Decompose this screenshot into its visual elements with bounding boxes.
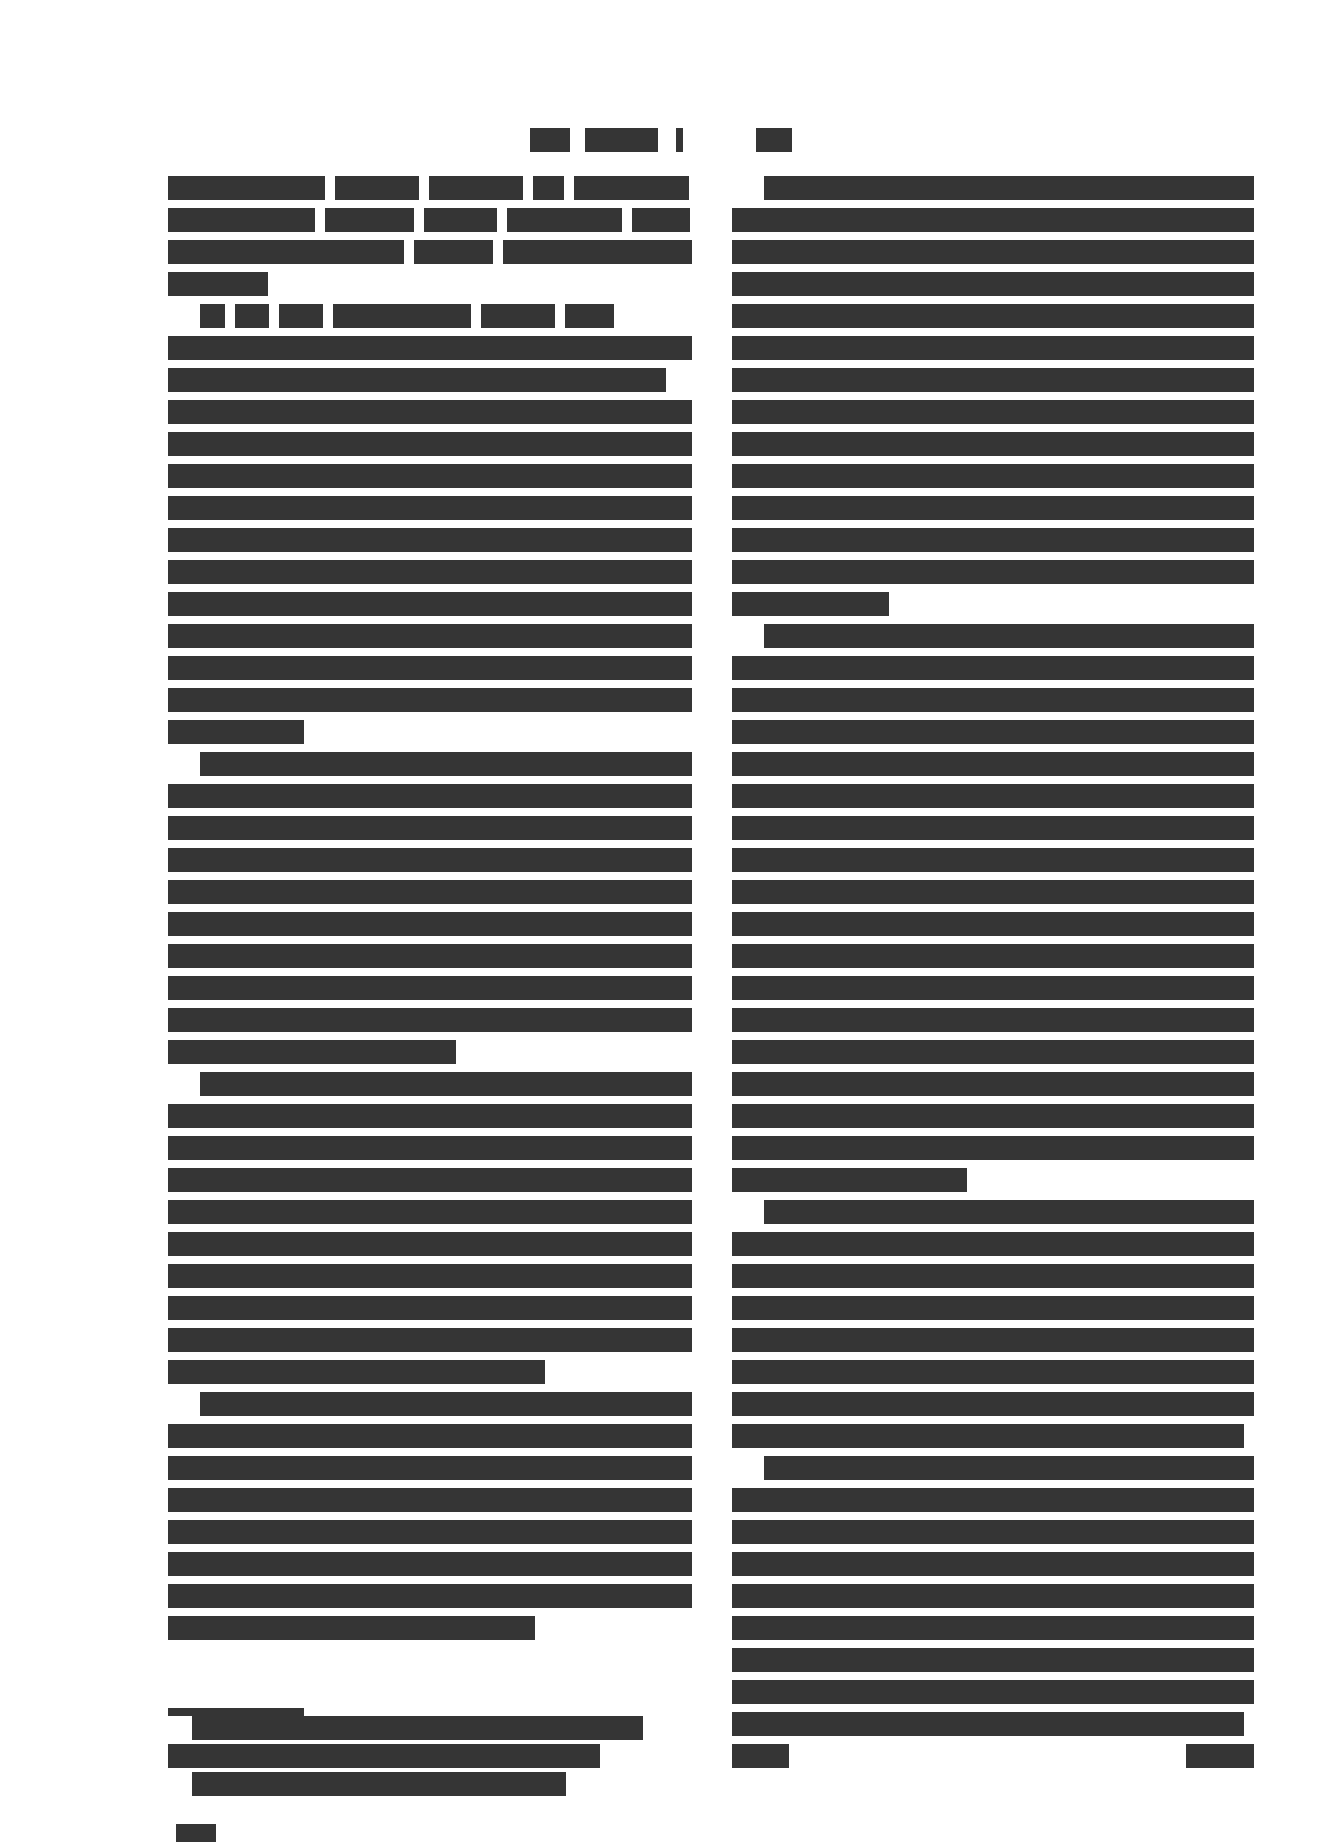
word-gap <box>622 208 632 232</box>
text-line <box>168 784 692 808</box>
text-line <box>168 688 692 712</box>
obscured-text <box>732 1584 1254 1608</box>
text-line <box>168 1424 692 1448</box>
obscured-text <box>732 656 1254 680</box>
obscured-text <box>168 528 692 552</box>
text-line <box>168 1264 692 1288</box>
obscured-text <box>168 1584 692 1608</box>
document-page: [illegible — pixelated] [illegible — pix… <box>0 0 1329 1842</box>
word-gap <box>404 240 414 264</box>
text-line <box>168 368 692 392</box>
obscured-text <box>732 1424 1244 1448</box>
word-gap <box>493 240 503 264</box>
text-line <box>168 912 692 936</box>
text-line <box>168 1136 692 1160</box>
footnote-line <box>192 1772 648 1796</box>
obscured-text <box>168 1552 692 1576</box>
obscured-text <box>168 560 692 584</box>
text-line <box>168 1456 692 1480</box>
text-line <box>732 656 1254 680</box>
text-line <box>732 1648 1254 1672</box>
word-gap <box>523 176 533 200</box>
obscured-text <box>732 1328 1254 1352</box>
obscured-text <box>168 784 692 808</box>
text-line <box>732 432 1254 456</box>
text-line <box>168 816 692 840</box>
text-line <box>732 1040 1254 1064</box>
obscured-text <box>168 624 692 648</box>
text-line <box>168 464 692 488</box>
obscured-text <box>168 848 692 872</box>
obscured-text <box>200 752 692 776</box>
obscured-text <box>168 432 692 456</box>
text-line <box>168 1360 692 1384</box>
text-line <box>732 784 1254 808</box>
text-line <box>168 880 692 904</box>
obscured-text <box>168 656 692 680</box>
obscured-text <box>574 176 689 200</box>
footnote-line <box>192 1716 648 1740</box>
obscured-text <box>168 272 268 296</box>
obscured-text <box>168 1360 545 1384</box>
obscured-text <box>565 304 614 328</box>
obscured-text <box>168 208 315 232</box>
text-line <box>168 1200 692 1224</box>
obscured-text <box>732 592 889 616</box>
obscured-text <box>732 240 1254 264</box>
text-line <box>732 1616 1254 1640</box>
text-line <box>732 1712 1254 1736</box>
word-gap <box>792 128 894 152</box>
text-line <box>764 624 1254 648</box>
obscured-text <box>279 304 323 328</box>
word-gap <box>414 208 424 232</box>
word-gap <box>658 128 676 152</box>
paragraph <box>168 176 692 296</box>
obscured-text <box>530 128 570 152</box>
obscured-text <box>732 1712 1244 1736</box>
paragraph <box>732 1200 1254 1448</box>
text-line <box>168 1040 692 1064</box>
obscured-text <box>503 240 692 264</box>
text-line <box>764 1200 1254 1224</box>
word-gap <box>683 128 756 152</box>
word-gap <box>570 128 585 152</box>
obscured-text <box>168 1520 692 1544</box>
obscured-text <box>414 240 493 264</box>
obscured-text <box>756 128 792 152</box>
obscured-text <box>168 1040 456 1064</box>
text-line <box>732 1136 1254 1160</box>
text-line <box>732 464 1254 488</box>
obscured-text <box>732 1296 1254 1320</box>
obscured-text <box>732 1264 1254 1288</box>
text-line <box>732 336 1254 360</box>
word-gap <box>225 304 235 328</box>
text-line <box>168 592 692 616</box>
text-line <box>168 240 692 264</box>
word-gap <box>471 304 481 328</box>
obscured-text <box>732 368 1254 392</box>
text-line <box>168 656 692 680</box>
text-line <box>168 944 692 968</box>
text-line <box>732 496 1254 520</box>
obscured-text <box>732 1360 1254 1384</box>
obscured-text <box>335 176 419 200</box>
text-line <box>764 1456 1254 1480</box>
paragraph <box>732 176 1254 616</box>
text-line <box>732 1008 1254 1032</box>
text-line <box>168 624 692 648</box>
obscured-text <box>732 1488 1254 1512</box>
obscured-text <box>732 432 1254 456</box>
obscured-text <box>168 1488 692 1512</box>
word-gap <box>315 208 325 232</box>
obscured-text <box>168 1456 692 1480</box>
obscured-text <box>676 128 683 152</box>
obscured-text <box>764 1200 1254 1224</box>
text-line <box>732 976 1254 1000</box>
obscured-text <box>732 1072 1254 1096</box>
word-gap <box>419 176 429 200</box>
obscured-text <box>168 1232 692 1256</box>
text-line <box>200 304 692 328</box>
obscured-text <box>1186 1744 1254 1768</box>
text-line <box>168 1584 692 1608</box>
text-line <box>732 1744 1254 1768</box>
obscured-text <box>168 240 404 264</box>
obscured-text <box>481 304 555 328</box>
text-line <box>168 432 692 456</box>
obscured-text <box>732 688 1254 712</box>
text-line <box>732 1520 1254 1544</box>
text-line <box>168 400 692 424</box>
obscured-text <box>764 1456 1254 1480</box>
obscured-text <box>732 528 1254 552</box>
text-line <box>732 1488 1254 1512</box>
text-line <box>732 400 1254 424</box>
obscured-text <box>168 1168 692 1192</box>
text-line <box>732 272 1254 296</box>
obscured-text <box>732 208 1254 232</box>
text-line <box>732 880 1254 904</box>
text-line <box>732 240 1254 264</box>
obscured-text <box>325 208 414 232</box>
obscured-text <box>732 880 1254 904</box>
text-line <box>732 1296 1254 1320</box>
obscured-text <box>732 272 1254 296</box>
obscured-text <box>732 1104 1254 1128</box>
obscured-text <box>168 176 325 200</box>
obscured-text <box>168 336 692 360</box>
text-line <box>732 1392 1254 1416</box>
text-line <box>732 912 1254 936</box>
word-gap <box>269 304 279 328</box>
obscured-text <box>732 816 1254 840</box>
obscured-text <box>333 304 471 328</box>
obscured-text <box>424 208 497 232</box>
footnote-separator-rule <box>168 1708 304 1716</box>
obscured-text <box>192 1772 566 1796</box>
text-line <box>764 176 1254 200</box>
text-line <box>732 1552 1254 1576</box>
text-line <box>168 336 692 360</box>
text-line <box>168 1520 692 1544</box>
right-text-column <box>732 176 1254 1776</box>
obscured-text <box>732 912 1254 936</box>
text-line <box>732 304 1254 328</box>
obscured-text <box>168 1200 692 1224</box>
text-line <box>732 1232 1254 1256</box>
page-number: [illegible — pixelated] <box>176 1824 216 1842</box>
obscured-text <box>732 1520 1254 1544</box>
text-line <box>732 1072 1254 1096</box>
text-line <box>732 688 1254 712</box>
text-line <box>732 720 1254 744</box>
obscured-text <box>168 464 692 488</box>
word-gap <box>325 176 335 200</box>
obscured-text <box>732 304 1254 328</box>
text-line <box>168 1328 692 1352</box>
obscured-text <box>764 176 1254 200</box>
text-line <box>732 592 1254 616</box>
text-line <box>168 1552 692 1576</box>
text-line <box>168 560 692 584</box>
text-line <box>732 1264 1254 1288</box>
obscured-text <box>732 1136 1254 1160</box>
obscured-text <box>168 592 692 616</box>
obscured-text <box>168 1104 692 1128</box>
obscured-text <box>732 400 1254 424</box>
left-text-column <box>168 176 692 1648</box>
paragraph <box>168 752 692 1064</box>
obscured-text <box>732 1392 1254 1416</box>
obscured-text <box>764 624 1254 648</box>
obscured-text <box>168 496 692 520</box>
obscured-text <box>200 1392 692 1416</box>
paragraph <box>168 1072 692 1384</box>
text-line <box>168 1168 692 1192</box>
text-line <box>732 1360 1254 1384</box>
footnote-line <box>168 1744 648 1768</box>
text-line <box>732 816 1254 840</box>
text-line <box>732 528 1254 552</box>
obscured-text <box>732 1232 1254 1256</box>
obscured-text <box>732 1680 1254 1704</box>
obscured-text <box>585 128 658 152</box>
obscured-text <box>168 400 692 424</box>
obscured-text <box>732 336 1254 360</box>
text-line <box>168 208 692 232</box>
obscured-text <box>168 1424 692 1448</box>
text-line <box>732 848 1254 872</box>
obscured-text <box>168 1008 692 1032</box>
text-line <box>732 560 1254 584</box>
obscured-text <box>732 1040 1254 1064</box>
paragraph <box>168 304 692 744</box>
text-line <box>732 1680 1254 1704</box>
footnote-block <box>168 1716 648 1800</box>
obscured-text <box>168 368 666 392</box>
obscured-text <box>732 848 1254 872</box>
obscured-text <box>732 496 1254 520</box>
obscured-text <box>732 752 1254 776</box>
obscured-text <box>732 1648 1254 1672</box>
text-line <box>168 496 692 520</box>
text-line <box>200 752 692 776</box>
obscured-text <box>168 1616 535 1640</box>
obscured-text <box>192 1716 643 1740</box>
obscured-text <box>168 912 692 936</box>
text-line <box>200 1072 692 1096</box>
text-line <box>732 1584 1254 1608</box>
text-line <box>168 1488 692 1512</box>
obscured-text <box>429 176 523 200</box>
obscured-text <box>168 944 692 968</box>
paragraph <box>168 1392 692 1640</box>
word-gap <box>555 304 565 328</box>
obscured-text <box>632 208 690 232</box>
obscured-text <box>200 304 225 328</box>
obscured-text <box>732 720 1254 744</box>
text-line <box>168 1232 692 1256</box>
obscured-text <box>168 1296 692 1320</box>
obscured-text <box>235 304 269 328</box>
obscured-text <box>168 816 692 840</box>
obscured-text <box>732 560 1254 584</box>
text-line <box>168 848 692 872</box>
obscured-text <box>168 1744 600 1768</box>
obscured-text <box>168 1328 692 1352</box>
text-line <box>168 720 692 744</box>
obscured-text <box>507 208 622 232</box>
text-line <box>732 208 1254 232</box>
paragraph <box>732 624 1254 1192</box>
obscured-text <box>732 464 1254 488</box>
text-line <box>168 1616 692 1640</box>
word-gap <box>323 304 333 328</box>
word-gap <box>789 1744 1186 1768</box>
obscured-text <box>200 1072 692 1096</box>
running-header-title: [illegible — pixelated] <box>530 128 894 152</box>
obscured-text <box>732 944 1254 968</box>
text-line <box>732 1424 1254 1448</box>
obscured-text <box>168 1264 692 1288</box>
text-line <box>732 368 1254 392</box>
paragraph <box>732 1456 1254 1768</box>
obscured-text <box>168 880 692 904</box>
text-line <box>732 944 1254 968</box>
text-line <box>200 1392 692 1416</box>
text-line <box>168 1104 692 1128</box>
obscured-text <box>168 688 692 712</box>
obscured-text <box>168 720 304 744</box>
text-line <box>168 1296 692 1320</box>
text-line <box>732 1168 1254 1192</box>
text-line <box>168 528 692 552</box>
word-gap <box>564 176 574 200</box>
obscured-text <box>732 784 1254 808</box>
obscured-text <box>732 976 1254 1000</box>
obscured-text <box>168 976 692 1000</box>
text-line <box>168 272 692 296</box>
obscured-text <box>732 1552 1254 1576</box>
obscured-text <box>168 1136 692 1160</box>
obscured-text <box>732 1616 1254 1640</box>
obscured-text <box>732 1168 967 1192</box>
text-line <box>732 1328 1254 1352</box>
text-line <box>732 752 1254 776</box>
obscured-text <box>732 1008 1254 1032</box>
text-line <box>168 976 692 1000</box>
text-line <box>168 1008 692 1032</box>
obscured-text <box>533 176 564 200</box>
text-line <box>732 1104 1254 1128</box>
text-line <box>168 176 692 200</box>
obscured-text <box>732 1744 789 1768</box>
word-gap <box>497 208 507 232</box>
